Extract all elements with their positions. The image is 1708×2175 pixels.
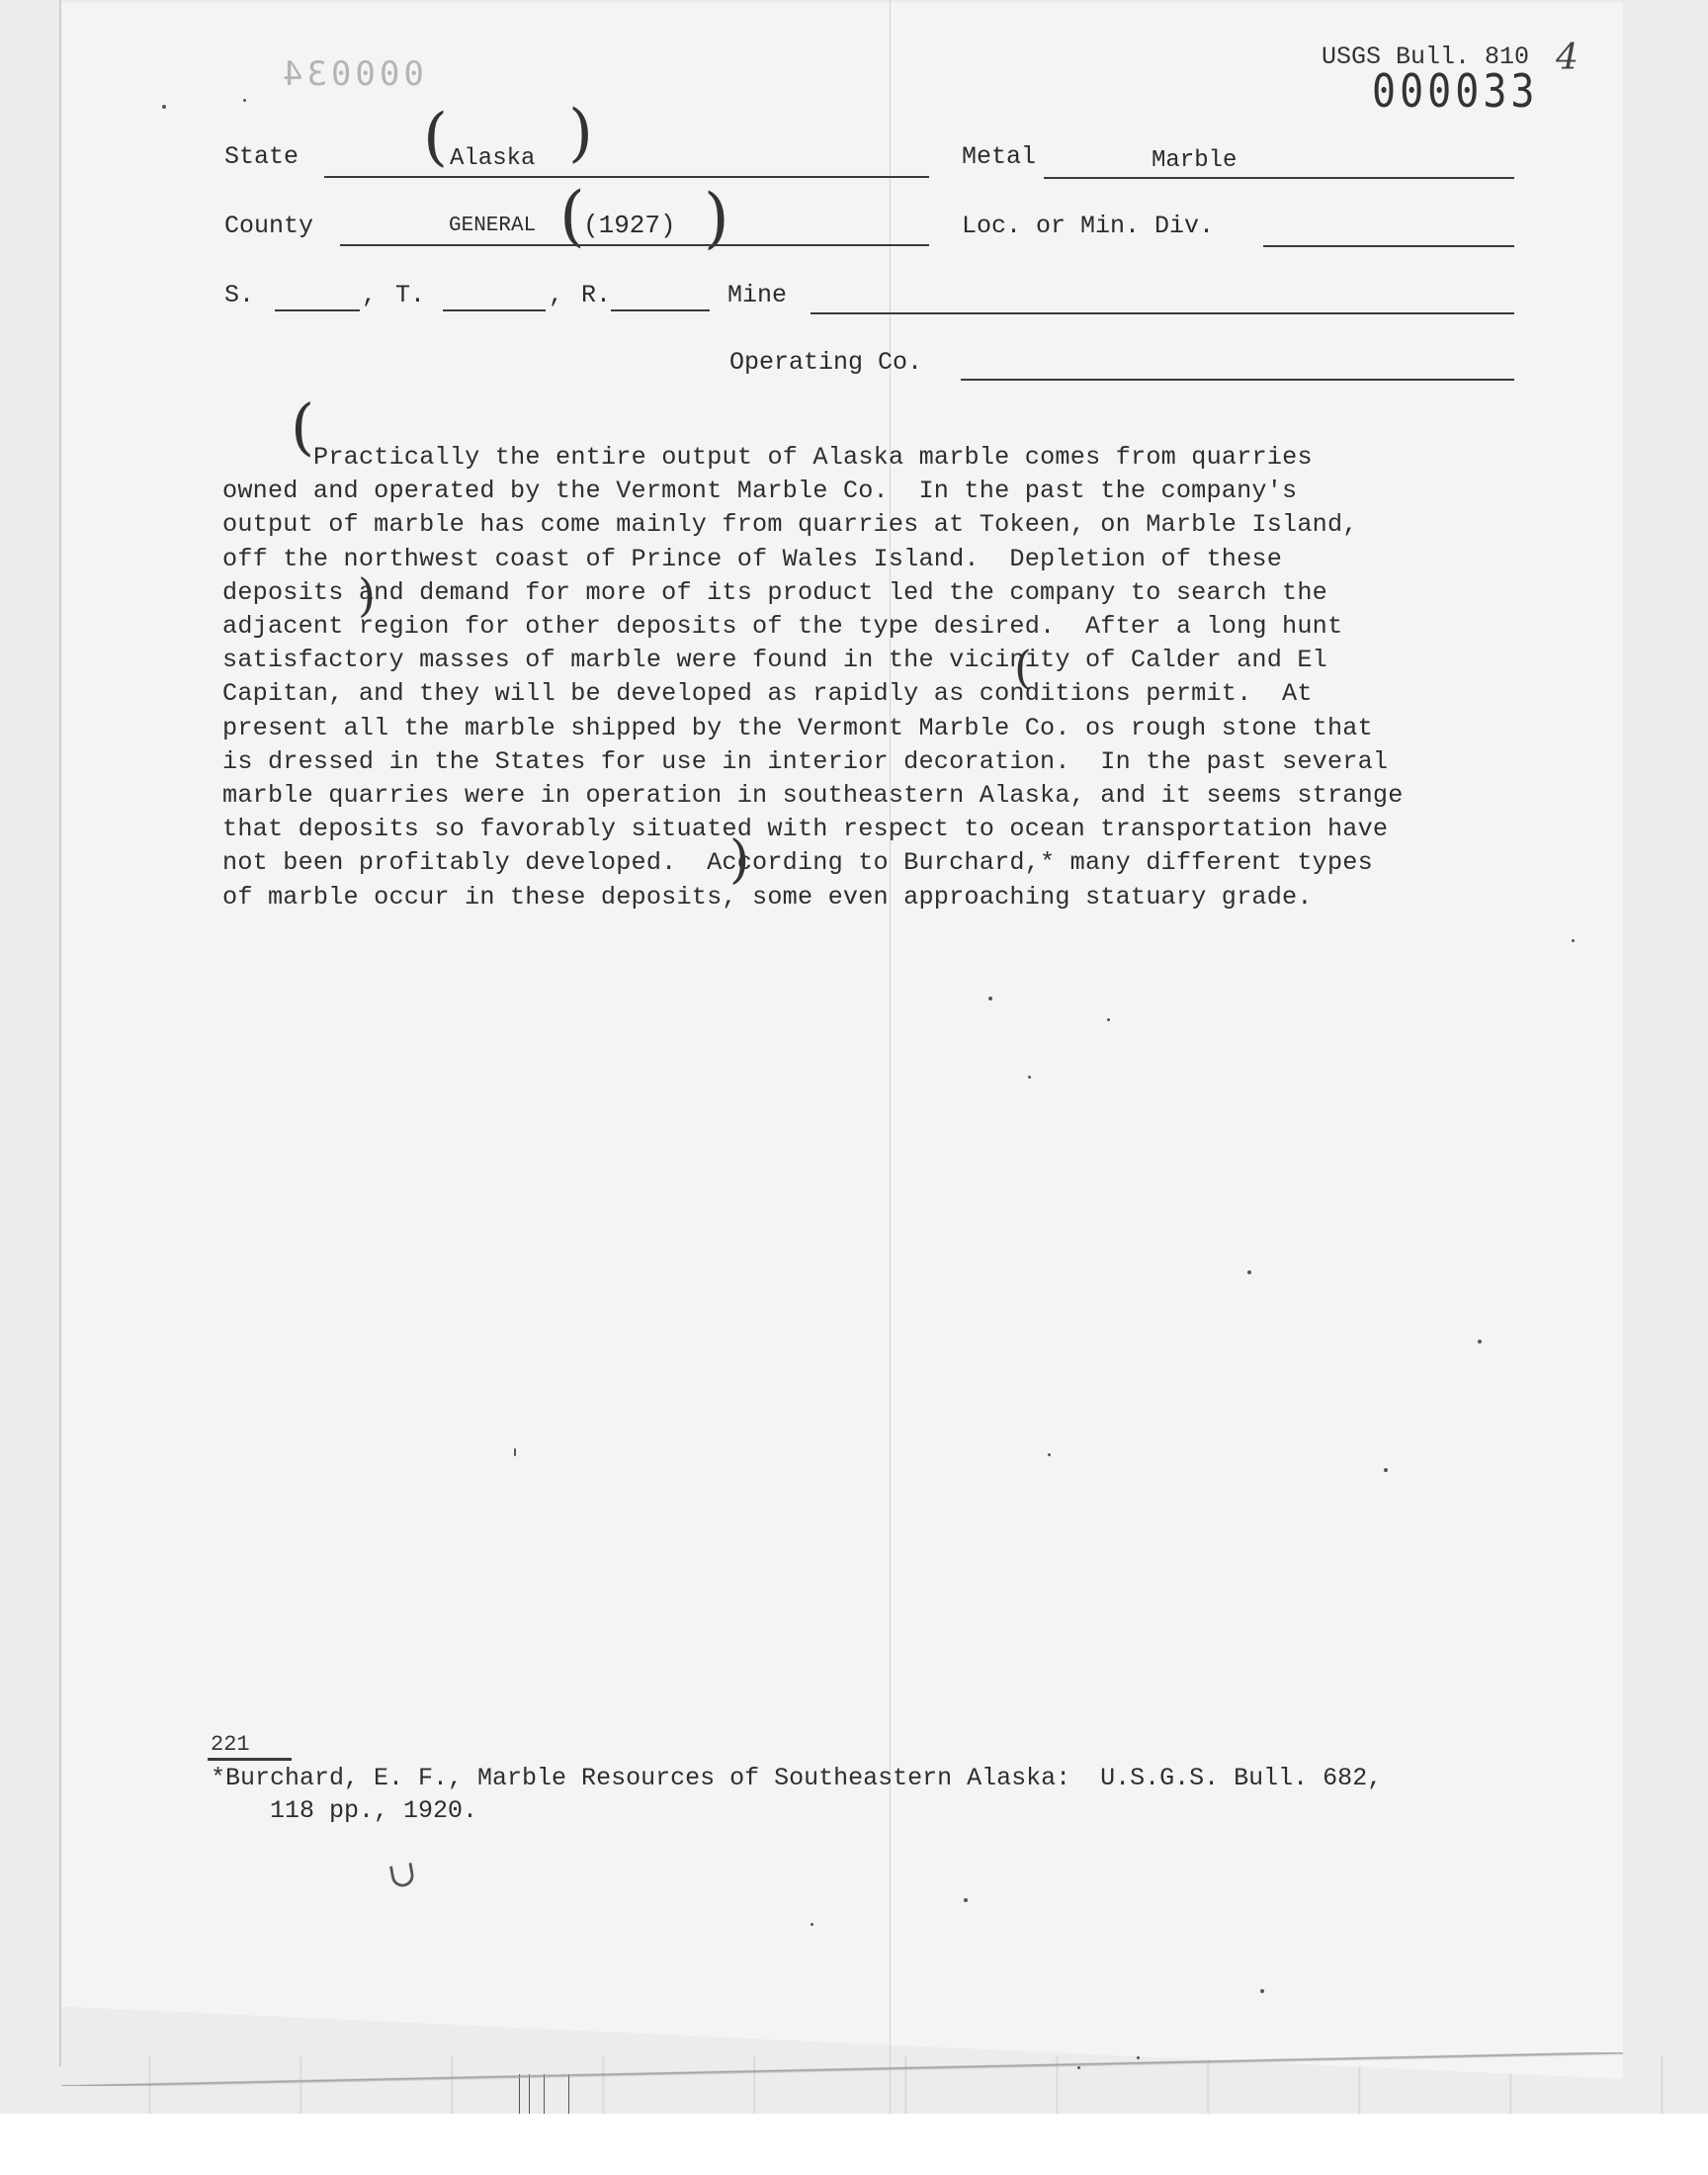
handwritten-close-paren: ) — [358, 568, 376, 622]
speck — [1260, 1989, 1264, 1993]
state-field-line — [324, 176, 929, 178]
speck — [1028, 1076, 1031, 1079]
speck — [1077, 2066, 1080, 2069]
range-field-line — [611, 309, 710, 311]
body-line: that deposits so favorably situated with… — [222, 813, 1547, 846]
body-line: Practically the entire output of Alaska … — [222, 441, 1547, 475]
locality-field-line — [1263, 245, 1514, 247]
body-line: deposits and demand for more of its prod… — [222, 576, 1547, 610]
township-field-line — [443, 309, 546, 311]
county-year-annotation: (1927) — [583, 211, 676, 240]
speck — [811, 1923, 813, 1926]
mine-label: Mine — [727, 281, 787, 309]
speck — [1478, 1340, 1482, 1344]
speck — [514, 1448, 516, 1456]
speck — [243, 99, 246, 102]
body-line: output of marble has come mainly from qu… — [222, 508, 1547, 542]
speck — [988, 997, 992, 1000]
speck — [162, 105, 166, 109]
body-line: satisfactory masses of marble were found… — [222, 644, 1547, 677]
handwritten-open-paren: ( — [559, 178, 585, 254]
body-line: not been profitably developed. According… — [222, 846, 1547, 880]
footnote-rule — [208, 1758, 292, 1761]
body-line: owned and operated by the Vermont Marble… — [222, 475, 1547, 508]
metal-value: Marble — [1152, 147, 1237, 174]
page-stamp-number: 000033 — [1372, 66, 1539, 119]
metal-field-line — [1044, 177, 1514, 179]
footnote: *Burchard, E. F., Marble Resources of So… — [211, 1762, 1382, 1827]
body-paragraph: Practically the entire output of Alaska … — [222, 441, 1547, 914]
township-label: T. — [395, 281, 425, 309]
body-line: Capitan, and they will be developed as r… — [222, 677, 1547, 711]
range-label: R. — [581, 281, 611, 309]
state-label: State — [224, 142, 299, 171]
county-value: GENERAL — [449, 215, 536, 237]
county-field-line — [340, 244, 929, 246]
state-value: Alaska — [450, 145, 535, 172]
comma: , — [549, 281, 563, 309]
section-field-line — [275, 309, 360, 311]
locality-label: Loc. or Min. Div. — [962, 212, 1214, 240]
handwritten-page-mark: 4 — [1556, 38, 1579, 78]
speck — [1384, 1468, 1388, 1472]
body-line: present all the marble shipped by the Ve… — [222, 712, 1547, 745]
handwritten-close-paren: ) — [729, 830, 749, 890]
section-label: S. — [224, 281, 254, 309]
speck — [1572, 939, 1575, 942]
body-line: of marble occur in these deposits, some … — [222, 881, 1547, 914]
body-line: off the northwest coast of Prince of Wal… — [222, 543, 1547, 576]
footnote-page-marker: 221 — [211, 1732, 250, 1757]
operating-co-field-line — [961, 379, 1514, 381]
handwritten-open-paren: ( — [1014, 641, 1032, 694]
operating-co-label: Operating Co. — [729, 348, 922, 377]
speck — [964, 1898, 968, 1902]
speck — [1137, 2056, 1140, 2059]
paper-edge-shadow — [61, 2052, 1623, 2086]
body-line: is dressed in the States for use in inte… — [222, 745, 1547, 779]
county-label: County — [224, 212, 313, 240]
speck — [1247, 1270, 1251, 1274]
footnote-line: 118 pp., 1920. — [211, 1794, 1382, 1827]
metal-label: Metal — [962, 142, 1036, 171]
body-line: marble quarries were in operation in sou… — [222, 779, 1547, 813]
bleed-through-page-number: 000034 — [279, 54, 424, 94]
sheet-left-edge — [59, 0, 61, 2066]
mine-field-line — [811, 312, 1514, 314]
comma: , — [362, 281, 377, 309]
footnote-line: *Burchard, E. F., Marble Resources of So… — [211, 1762, 1382, 1794]
speck — [1107, 1018, 1110, 1021]
speck — [1048, 1453, 1051, 1456]
handwritten-open-paren: ( — [423, 101, 448, 174]
body-line: adjacent region for other deposits of th… — [222, 610, 1547, 644]
handwritten-close-paren: ) — [568, 97, 593, 170]
